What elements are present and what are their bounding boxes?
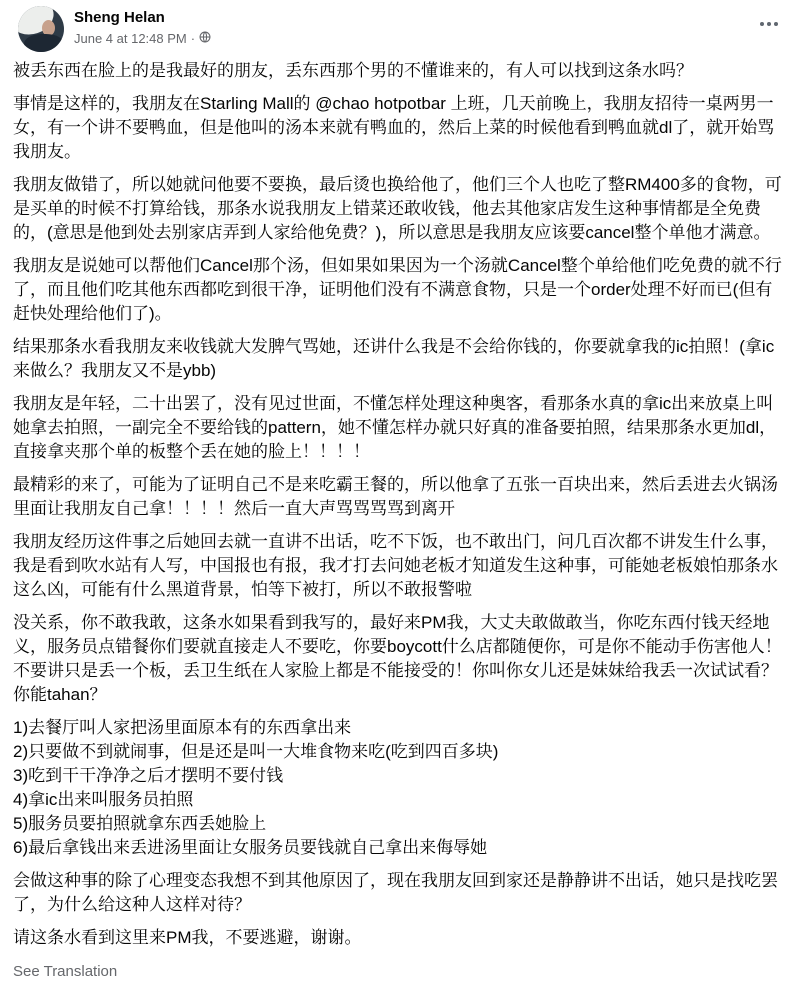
author-name[interactable]: Sheng Helan xyxy=(74,8,211,28)
post-meta: June 4 at 12:48 PM · xyxy=(74,29,211,47)
list-item: 6)最后拿钱出来丢进汤里面让女服务员要钱就自己拿出来侮辱她 xyxy=(13,836,787,860)
post-paragraph: 事情是这样的，我朋友在Starling Mall的 @chao hotpotba… xyxy=(13,92,787,164)
avatar[interactable] xyxy=(18,6,64,52)
list-item: 5)服务员要拍照就拿东西丢她脸上 xyxy=(13,812,787,836)
avatar-image-body xyxy=(24,34,64,52)
ellipsis-icon xyxy=(760,22,764,26)
post-paragraph: 被丢东西在脸上的是我最好的朋友，丢东西那个男的不懂谁来的，有人可以找到这条水吗？ xyxy=(13,59,787,83)
header-text: Sheng Helan June 4 at 12:48 PM · xyxy=(74,6,211,47)
post-paragraph: 没关系，你不敢我敢，这条水如果看到我写的，最好来PM我，大丈夫敢做敢当，你吃东西… xyxy=(13,611,787,707)
post-paragraph: 结果那条水看我朋友来收钱就大发脾气骂她，还讲什么我是不会给你钱的，你要就拿我的i… xyxy=(13,335,787,383)
globe-icon xyxy=(199,30,211,47)
post-paragraph: 会做这种事的除了心理变态我想不到其他原因了，现在我朋友回到家还是静静讲不出话，她… xyxy=(13,869,787,917)
more-options-button[interactable] xyxy=(758,16,780,32)
post-paragraph: 我朋友是说她可以帮他们Cancel那个汤，但如果如果因为一个汤就Cancel整个… xyxy=(13,254,787,326)
timestamp[interactable]: June 4 at 12:48 PM xyxy=(74,30,187,47)
list-item: 1)去餐厅叫人家把汤里面原本有的东西拿出来 xyxy=(13,716,787,740)
post-numbered-list: 1)去餐厅叫人家把汤里面原本有的东西拿出来 2)只要做不到就闹事，但是还是叫一大… xyxy=(13,716,787,860)
post-header: Sheng Helan June 4 at 12:48 PM · xyxy=(0,0,800,56)
facebook-post: Sheng Helan June 4 at 12:48 PM · 被丢东西在脸上… xyxy=(0,0,800,1000)
meta-separator: · xyxy=(191,30,195,47)
ellipsis-icon xyxy=(767,22,771,26)
post-paragraph: 我朋友是年轻，二十出罢了，没有见过世面，不懂怎样处理这种奥客，看那条水真的拿ic… xyxy=(13,392,787,464)
post-body: 被丢东西在脸上的是我最好的朋友，丢东西那个男的不懂谁来的，有人可以找到这条水吗？… xyxy=(0,56,800,950)
list-item: 3)吃到干干净净之后才摆明不要付钱 xyxy=(13,764,787,788)
list-item: 4)拿ic出来叫服务员拍照 xyxy=(13,788,787,812)
post-paragraph: 我朋友做错了，所以她就问他要不要换，最后烫也换给他了，他们三个人也吃了整RM40… xyxy=(13,173,787,245)
post-paragraph: 请这条水看到这里来PM我，不要逃避，谢谢。 xyxy=(13,926,787,950)
post-paragraph: 我朋友经历这件事之后她回去就一直讲不出话，吃不下饭，也不敢出门，问几百次都不讲发… xyxy=(13,530,787,602)
post-paragraph: 最精彩的来了，可能为了证明自己不是来吃霸王餐的，所以他拿了五张一百块出来，然后丢… xyxy=(13,473,787,521)
list-item: 2)只要做不到就闹事，但是还是叫一大堆食物来吃(吃到四百多块) xyxy=(13,740,787,764)
ellipsis-icon xyxy=(774,22,778,26)
see-translation-link[interactable]: See Translation xyxy=(0,959,130,980)
